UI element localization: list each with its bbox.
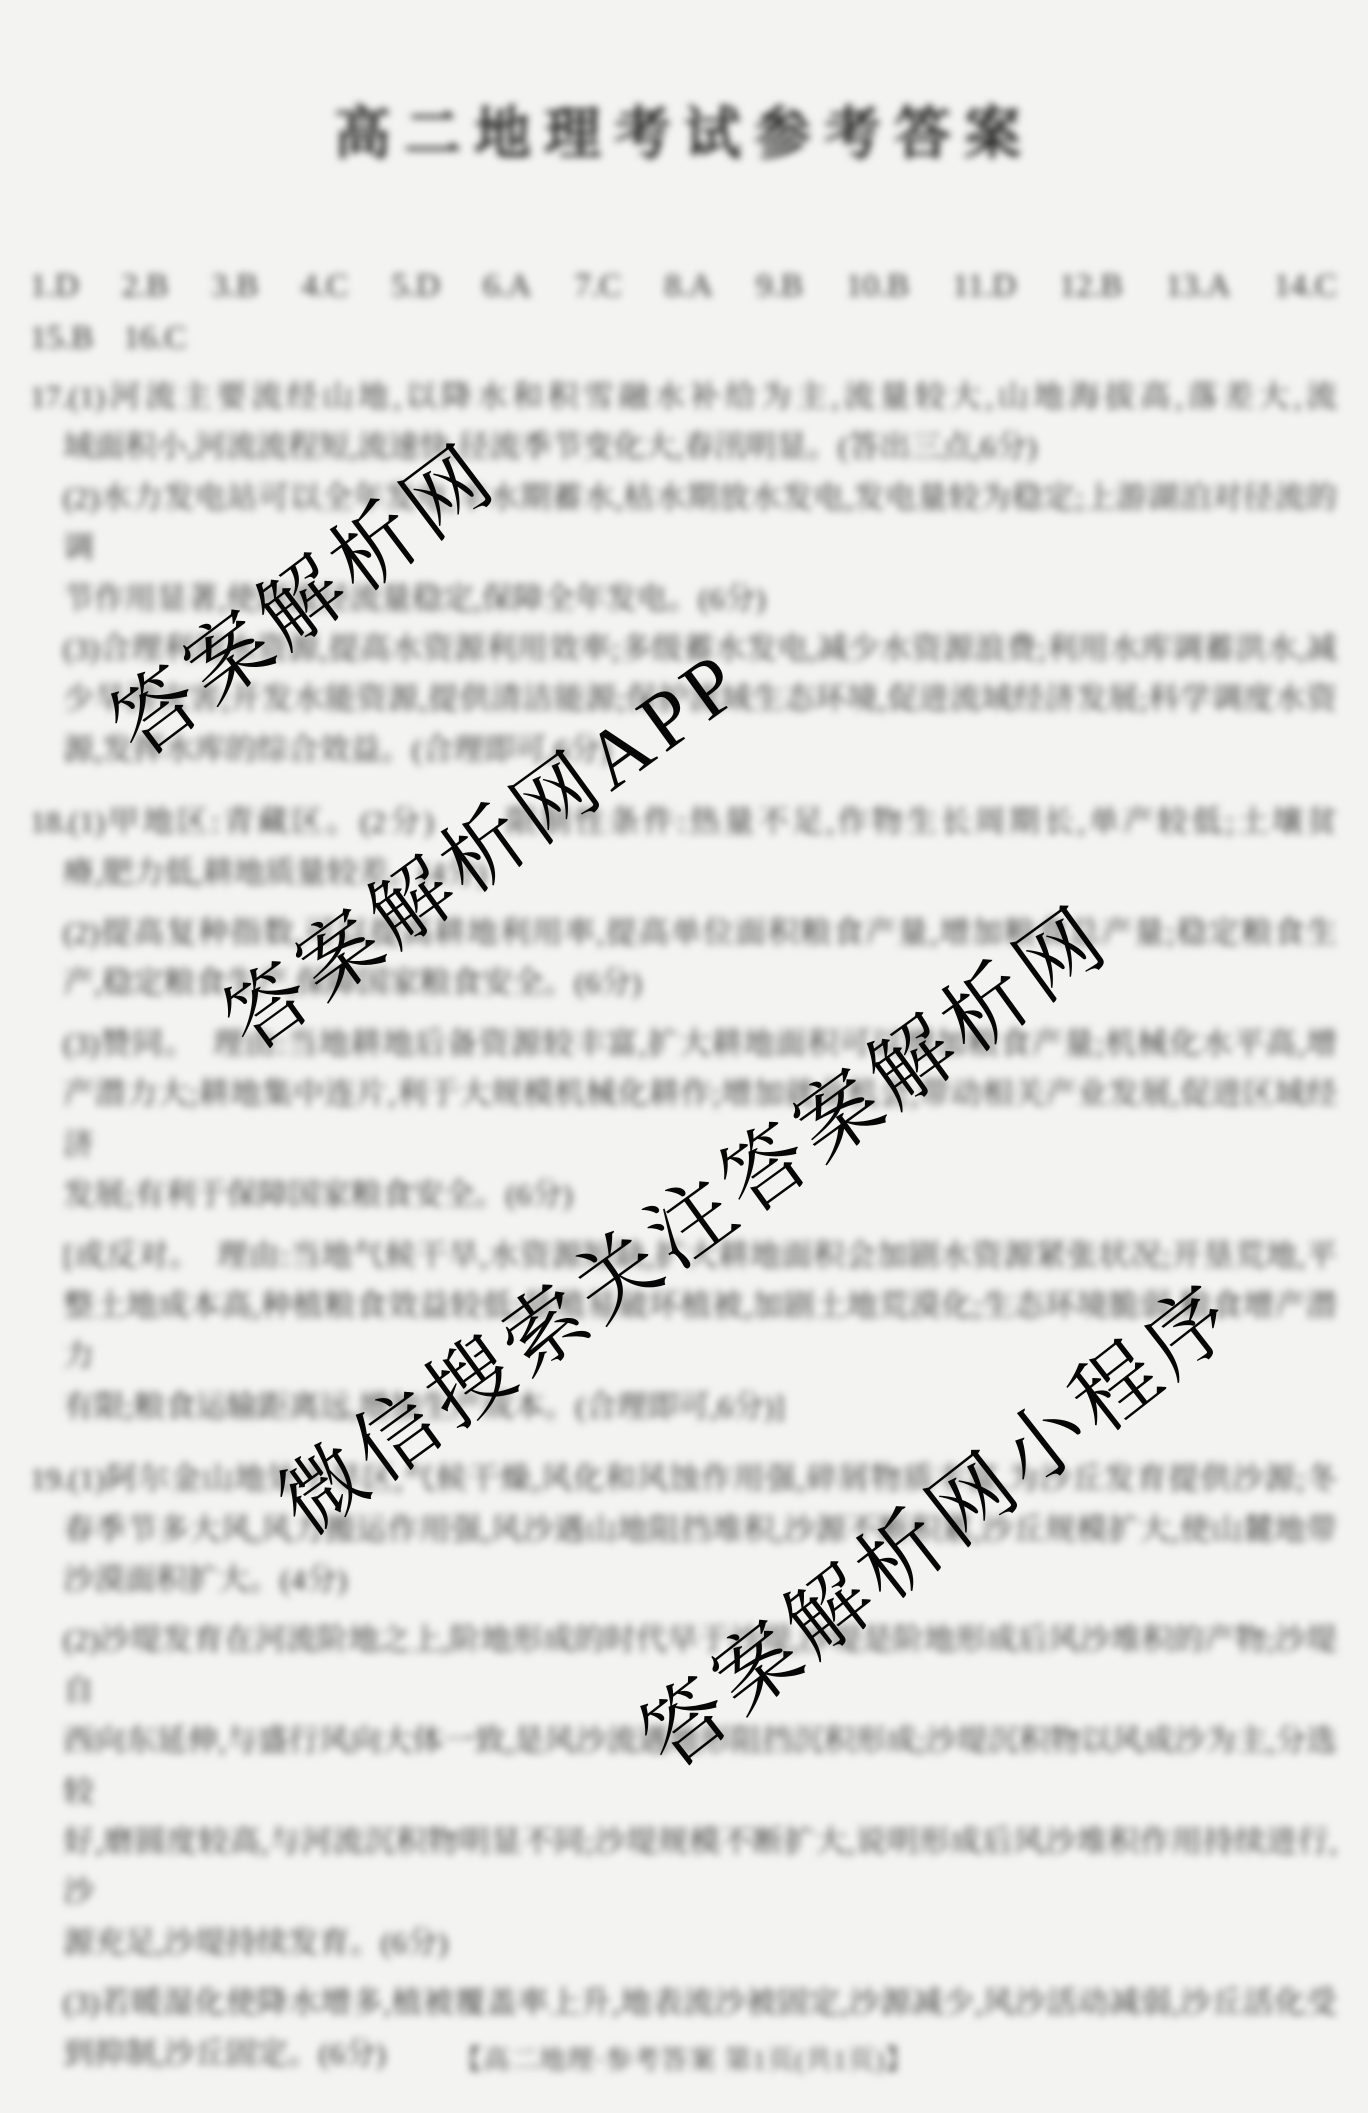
text-line: 好,磨圆度较高,与河流沉积物明显不同;沙堤规模不断扩大,说明形成后风沙堆积作用持… [30, 1817, 1337, 1918]
text-line: 产,稳定粮食生产,保障国家粮食安全。(6分) [30, 958, 1337, 1008]
multiple-choice-answer-key: 1.D 2.B 3.B 4.C 5.D 6.A 7.C 8.A 9.B 10.B… [30, 260, 1337, 364]
text-line: 17.(1)河流主要流经山地,以降水和积雪融水补给为主,流量较大,山地海拔高,落… [30, 372, 1337, 422]
scanned-document-layer: 高二地理考试参考答案 1.D 2.B 3.B 4.C 5.D 6.A 7.C 8… [0, 0, 1368, 2113]
answer-item: 5.D [391, 260, 440, 312]
text-line: 域面积小,河流流程短,流速快,径流季节变化大,春汛明显。(答出三点,6分) [30, 422, 1337, 472]
text-line: 产潜力大;耕地集中连片,利于大规模机械化耕作;增加就业机会,带动相关产业发展,促… [30, 1069, 1337, 1170]
text-line: [或反对。 理由:当地气候干旱,水资源短缺,扩大耕地面积会加剧水资源紧张状况;开… [30, 1231, 1337, 1281]
text-line: (3)若暖湿化使降水增多,植被覆盖率上升,地表流沙被固定,沙源减少,风沙活动减弱… [30, 1978, 1337, 2028]
answer-item: 15.B [30, 312, 93, 364]
answer-item: 3.B [212, 260, 259, 312]
answer-item: 16.C [123, 312, 186, 364]
text-line: 瘠,肥力低,耕地质量较差。(4分) [30, 848, 1337, 898]
text-line: 春季节多大风,风力搬运作用强,风沙遇山地阻挡堆积,沙源不断积累,沙丘规模扩大,使… [30, 1505, 1337, 1555]
text-line: 19.(1)阿尔金山地处干旱区,气候干燥,风化和风蚀作用强,碎屑物质丰富,为沙丘… [30, 1454, 1337, 1504]
answer-item: 6.A [483, 260, 532, 312]
answer-row-2: 15.B 16.C [30, 312, 1337, 364]
answer-item: 7.C [575, 260, 622, 312]
text-line: 源充足,沙堤持续发育。(6分) [30, 1918, 1337, 1968]
answer-item: 12.B [1059, 260, 1122, 312]
answer-item: 9.B [756, 260, 803, 312]
text-line: 源,发挥水库的综合效益。(合理即可,6分) [30, 725, 1337, 775]
exam-answer-sheet-page: 高二地理考试参考答案 1.D 2.B 3.B 4.C 5.D 6.A 7.C 8… [0, 0, 1368, 2113]
text-line: (3)赞同。 理由:当地耕地后备资源较丰富,扩大耕地面积可以增加粮食产量;机械化… [30, 1019, 1337, 1069]
text-line: 少旱涝灾害;开发水能资源,提供清洁能源;保护流域生态环境,促进流域经济发展;科学… [30, 674, 1337, 724]
text-line: 18.(1)甲地区:青藏区。(2分) 限制性条件:热量不足,作物生长周期长,单产… [30, 797, 1337, 847]
answer-item: 10.B [846, 260, 909, 312]
text-line: 沙漠面积扩大。(4分) [30, 1555, 1337, 1605]
answer-explanations: 17.(1)河流主要流经山地,以降水和积雪融水补给为主,流量较大,山地海拔高,落… [30, 372, 1337, 2079]
answer-item: 13.A [1166, 260, 1231, 312]
text-line: 节作用显著,使河流径流量稳定,保障全年发电。(6分) [30, 574, 1337, 624]
page-footer: 【高二地理·参考答案 第1页(共1页)】 [0, 2038, 1368, 2077]
text-line: 西向东延伸,与盛行风向大体一致,是风沙流遇地形阻挡沉积形成;沙堤沉积物以风成沙为… [30, 1716, 1337, 1817]
answer-item: 4.C [301, 260, 348, 312]
answer-item: 1.D [30, 260, 79, 312]
text-line: 有限;粮食运输距离远,增加生产成本。(合理即可,6分)] [30, 1382, 1337, 1432]
answer-row-1: 1.D 2.B 3.B 4.C 5.D 6.A 7.C 8.A 9.B 10.B… [30, 260, 1337, 312]
page-title: 高二地理考试参考答案 [0, 88, 1368, 170]
text-line: (2)沙堤发育在河流阶地之上,阶地形成的时代早于沙堤,沙堤是阶地形成后风沙堆积的… [30, 1615, 1337, 1716]
text-line: (2)水力发电站可以全年发电,丰水期蓄水,枯水期放水发电,发电量较为稳定;上游湖… [30, 473, 1337, 574]
text-line: 发展;有利于保障国家粮食安全。(6分) [30, 1170, 1337, 1220]
text-line: 整土地成本高,种植粮食效益较低;垦殖易破坏植被,加剧土地荒漠化;生态环境脆弱,粮… [30, 1281, 1337, 1382]
text-line: (3)合理利用水资源,提高水资源利用效率;多级蓄水发电,减少水资源浪费;利用水库… [30, 624, 1337, 674]
answer-item: 14.C [1274, 260, 1337, 312]
answer-item: 2.B [122, 260, 169, 312]
answer-item: 11.D [952, 260, 1016, 312]
text-line: (2)提高复种指数,可以提高耕地利用率,提高单位面积粮食产量,增加粮食总产量;稳… [30, 908, 1337, 958]
answer-item: 8.A [664, 260, 713, 312]
